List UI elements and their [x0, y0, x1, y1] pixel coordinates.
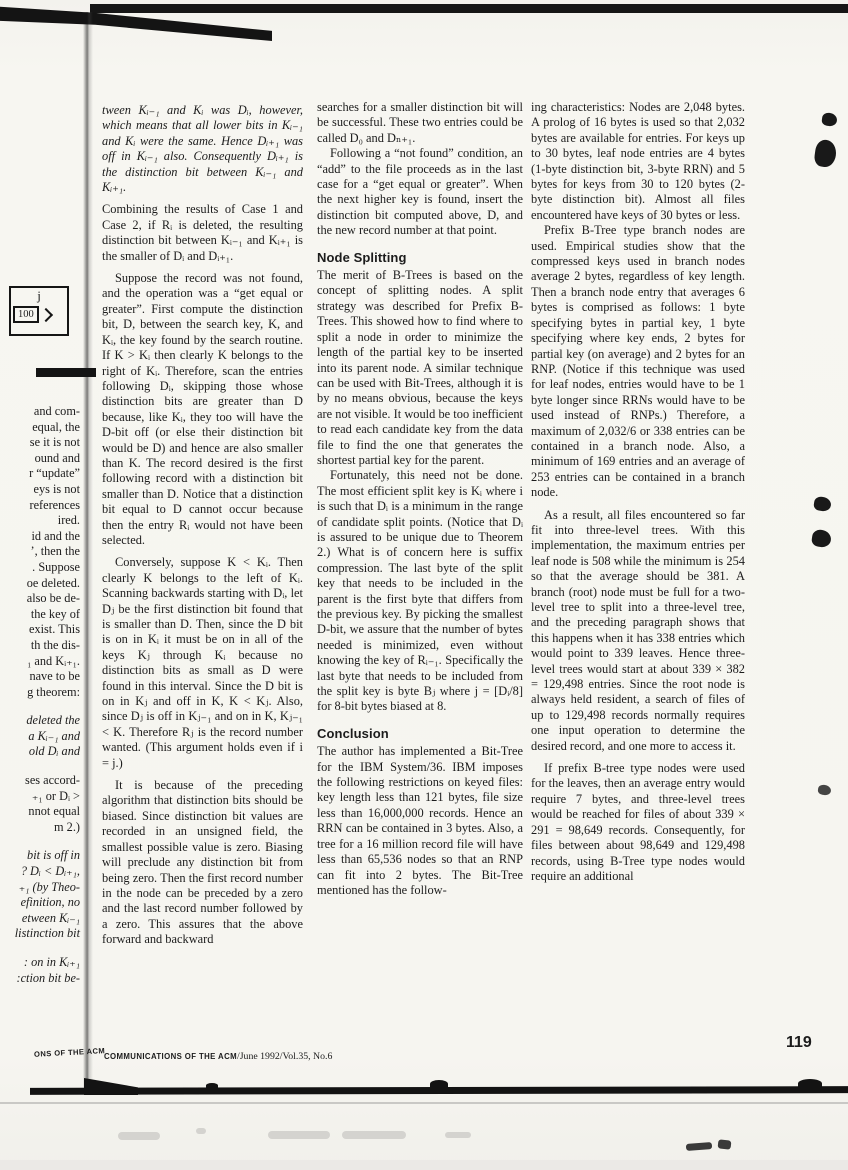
clipped-text-line: also be de-	[0, 591, 80, 607]
clipped-text-line: a Kᵢ₋₁ and	[0, 729, 80, 745]
figure-fragment: j 100	[9, 286, 69, 336]
scanned-journal-page: j 100 and com-equal, these it is notound…	[0, 0, 848, 1170]
scan-smudge	[445, 1132, 471, 1138]
clipped-text-line: . Suppose	[0, 560, 80, 576]
ink-mark	[817, 784, 831, 796]
paragraph: searches for a smaller distinction bit w…	[317, 100, 523, 146]
clipped-text-line: m 2.)	[0, 820, 80, 836]
scanner-background	[0, 1160, 848, 1170]
ink-mark	[813, 139, 838, 169]
clipped-text-line: ired.	[0, 513, 80, 529]
figure-label: j	[11, 289, 67, 303]
clipped-text-line: ₁ and Kᵢ₊₁.	[0, 654, 80, 670]
figure-value: 100	[13, 306, 39, 323]
clipped-text-line: references	[0, 498, 80, 514]
clipped-text-line: :ction bit be-	[0, 971, 80, 987]
paragraph: Following a “not found” condition, an “a…	[317, 146, 523, 238]
clipped-text-line: deleted the	[0, 713, 80, 729]
paragraph: The author has implemented a Bit-Tree fo…	[317, 744, 523, 898]
clipped-text-line: nave to be	[0, 669, 80, 685]
clipped-text-line: bit is off in	[0, 848, 80, 864]
scan-smudge	[196, 1128, 206, 1134]
clipped-text-line: oe deleted.	[0, 576, 80, 592]
clipped-text-line: exist. This	[0, 622, 80, 638]
right-arrow-icon	[39, 307, 53, 321]
page-bottom-corner	[84, 1078, 138, 1095]
page-footer: COMMUNICATIONS OF THE ACM/June 1992/Vol.…	[104, 1046, 332, 1064]
clipped-text-column: and com-equal, these it is notound andr …	[0, 404, 83, 986]
clipped-text-line: ’, then the	[0, 544, 80, 560]
paragraph: Fortunately, this need not be done. The …	[317, 468, 523, 715]
paragraph: tween Kᵢ₋₁ and Kᵢ was Dᵢ, however, which…	[102, 103, 303, 195]
paragraph: The merit of B-Trees is based on the con…	[317, 268, 523, 468]
figure-rule	[36, 368, 96, 377]
scan-smudge	[268, 1131, 330, 1139]
clipped-text-line: ound and	[0, 451, 80, 467]
paragraph: Conversely, suppose K < Kᵢ. Then clearly…	[102, 555, 303, 771]
ink-mark	[811, 529, 832, 548]
page-top-edge	[90, 4, 848, 13]
clipped-text-line: listinction bit	[0, 926, 80, 942]
clipped-text-line: g theorem:	[0, 685, 80, 701]
clipped-text-line: ? Dᵢ < Dᵢ₊₁,	[0, 864, 80, 880]
paragraph: Prefix B-Tree type branch nodes are used…	[531, 223, 745, 500]
scan-mark	[718, 1139, 732, 1149]
issue-info: /June 1992/Vol.35, No.6	[237, 1051, 332, 1062]
clipped-text-line: equal, the	[0, 420, 80, 436]
text-column-1: tween Kᵢ₋₁ and Kᵢ was Dᵢ, however, which…	[102, 103, 303, 1051]
paragraph: Conclusion	[317, 726, 523, 741]
clipped-text-line: nnot equal	[0, 804, 80, 820]
paragraph: ing characteristics: Nodes are 2,048 byt…	[531, 100, 745, 223]
clipped-text-line: efinition, no	[0, 895, 80, 911]
page-gutter-shadow	[83, 12, 93, 1090]
clipped-text-line: ₊₁ (by Theo-	[0, 880, 80, 896]
journal-name: COMMUNICATIONS OF THE ACM	[104, 1052, 237, 1061]
scan-divider-line	[0, 1102, 848, 1104]
text-column-2: searches for a smaller distinction bit w…	[317, 100, 523, 1048]
ink-mark	[821, 112, 838, 127]
ink-mark	[813, 496, 832, 512]
clipped-text-line: ₊₁ or Dᵢ >	[0, 789, 80, 805]
clipped-text-line: the key of	[0, 607, 80, 623]
clipped-text-line: old Dᵢ and	[0, 744, 80, 760]
paragraph: If prefix B-tree type nodes were used fo…	[531, 761, 745, 884]
clipped-text-line: eys is not	[0, 482, 80, 498]
bottom-edge-bump	[206, 1083, 218, 1088]
paragraph: Combining the results of Case 1 and Case…	[102, 202, 303, 264]
text-column-3: ing characteristics: Nodes are 2,048 byt…	[531, 100, 745, 1048]
clipped-text-line: and com-	[0, 404, 80, 420]
clipped-text-line: r “update”	[0, 466, 80, 482]
clipped-text-line: id and the	[0, 529, 80, 545]
paragraph: Suppose the record was not found, and th…	[102, 271, 303, 548]
bottom-edge-bump	[430, 1080, 448, 1088]
clipped-text-line: etween Kᵢ₋₁	[0, 911, 80, 927]
clipped-text-line: th the dis-	[0, 638, 80, 654]
clipped-text-line: : on in Kᵢ₊₁	[0, 955, 80, 971]
page-number: 119	[786, 1034, 812, 1052]
clipped-text-line: se it is not	[0, 435, 80, 451]
clipped-text-line: ses accord-	[0, 773, 80, 789]
scan-mark	[686, 1142, 712, 1151]
paragraph: It is because of the preceding algorithm…	[102, 778, 303, 947]
previous-page-strip: j 100 and com-equal, these it is notound…	[0, 0, 84, 1100]
clipped-footer-text: ONS OF THE ACM	[34, 1046, 106, 1059]
paragraph: Node Splitting	[317, 250, 523, 265]
scan-smudge	[342, 1131, 406, 1139]
figure-node: 100	[13, 306, 67, 323]
bottom-edge-bump	[798, 1079, 822, 1088]
scan-smudge	[118, 1132, 160, 1140]
paragraph: As a result, all files encountered so fa…	[531, 508, 745, 755]
